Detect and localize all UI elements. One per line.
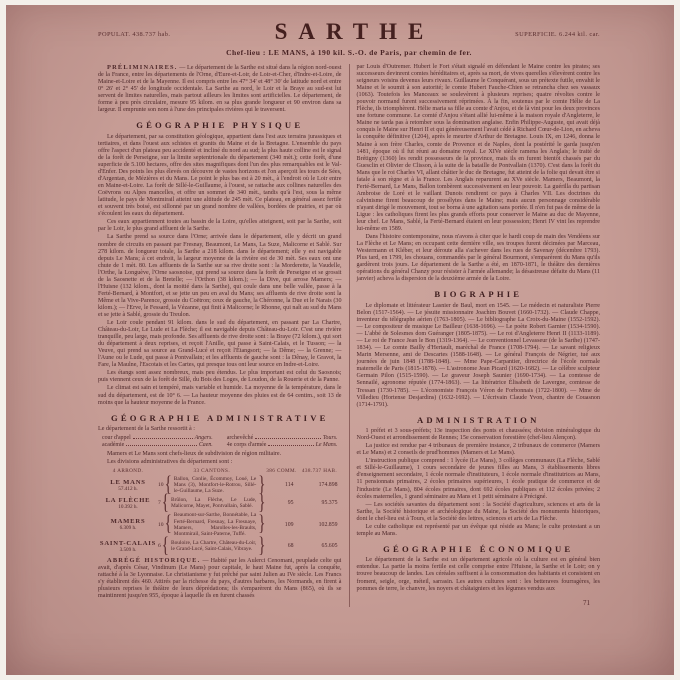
communes-count: 95 xyxy=(266,500,298,506)
dotted-leader xyxy=(255,438,321,439)
section-title-geographie-physique: GÉOGRAPHIE PHYSIQUE xyxy=(98,120,342,130)
communes-count: 114 xyxy=(266,482,298,488)
paragraph: Les étangs sont assez nombreux, mais peu… xyxy=(98,370,342,384)
arrondissement-name: LA FLÈCHE xyxy=(98,497,158,504)
canton-count: 6 xyxy=(158,543,161,549)
page-number: 71 xyxy=(357,599,601,607)
paragraph: Ces eaux appartiennent toutes au bassin … xyxy=(98,219,342,233)
ressortit-label: cour d'appel xyxy=(102,435,131,442)
divisions-table: 4 ARROND. 33 CANTONS. 386 COMM. 438.737 … xyxy=(98,468,342,553)
cantons-cell: 10{Ballon, Conlie, Écommoy, Loué, Le Man… xyxy=(158,476,266,495)
divisions-table-header: 4 ARROND. 33 CANTONS. 386 COMM. 438.737 … xyxy=(98,468,342,474)
cantons-cell: 6{Bouloire, La Chartre, Château-du-Loir,… xyxy=(158,539,266,554)
paragraph: Le département, par sa constitution géol… xyxy=(98,134,342,219)
ressortit-label: archevêché xyxy=(227,435,254,442)
header-communes: 386 COMM. xyxy=(266,468,298,474)
preliminaires-text: — Le département de la Sarthe est situé … xyxy=(98,65,342,113)
header-habitants: 438.737 HAB. xyxy=(298,468,342,474)
ressortit-label: académie xyxy=(102,442,124,449)
arrondissement-cell: LA FLÈCHE10.392 h. xyxy=(98,497,158,510)
paragraph: La Sarthe prend sa source dans l'Orne; a… xyxy=(98,234,342,319)
habitants-count: 95.375 xyxy=(298,500,342,506)
preliminaires-paragraph: PRÉLIMINAIRES. — Le département de la Sa… xyxy=(98,64,342,114)
admin-intro-2: Les divisions administratives du départe… xyxy=(98,459,342,466)
arrondissement-name: MAMERS xyxy=(98,518,158,525)
ressortit-value: Le Mans. xyxy=(316,442,338,449)
paragraph: L'instruction publique comprend : 1 lycé… xyxy=(357,458,601,500)
right-column: par Louis d'Outremer. Hubert le Fort s'é… xyxy=(349,64,601,607)
arrondissement-pop: 10.392 h. xyxy=(98,504,158,510)
population-stat: POPULAT. 438.737 hab. xyxy=(98,19,228,38)
table-row: MAMERS6.309 h. 10{Beaumont-sur-Sarthe, B… xyxy=(98,512,342,537)
canton-count: 10 xyxy=(158,522,164,528)
paragraph: Le département de la Sarthe est un dépar… xyxy=(357,557,601,592)
canton-count: 7 xyxy=(158,500,161,506)
ressortit-label: 4e corps d'armée xyxy=(227,442,267,449)
dotted-leader xyxy=(133,438,193,439)
abrege-historique-paragraph: ABRÉGÉ HISTORIQUE. — Habité par les Aule… xyxy=(98,557,342,600)
canton-list: Beaumont-sur-Sarthe, Bonnétable, La Fert… xyxy=(172,512,259,537)
canton-count: 10 xyxy=(158,482,164,488)
paragraph: Le climat est sain et tempéré, mais vari… xyxy=(98,385,342,406)
paragraph: Le culte catholique est représenté par u… xyxy=(357,524,601,538)
paragraph: par Louis d'Outremer. Hubert le Fort s'é… xyxy=(357,64,601,233)
arrondissement-name: LE MANS xyxy=(98,479,158,486)
arrondissement-pop: 57.412 h. xyxy=(98,486,158,492)
ressortit-value: Tours. xyxy=(323,435,338,442)
table-row: LA FLÈCHE10.392 h. 7{Brûlon, La Flèche, … xyxy=(98,496,342,511)
cantons-cell: 7{Brûlon, La Flèche, Le Lude, Malicorne,… xyxy=(158,496,266,511)
arrondissement-pop: 6.309 h. xyxy=(98,525,158,531)
canton-list: Bouloire, La Chartre, Château-du-Loir, l… xyxy=(169,540,258,552)
arrondissement-cell: LE MANS57.412 h. xyxy=(98,479,158,492)
paragraph: — Les sociétés savantes du département s… xyxy=(357,502,601,523)
paragraph: Dans l'histoire contemporaine, nous n'av… xyxy=(357,234,601,283)
ressortit-item: archevêchéTours. xyxy=(227,435,338,442)
habitants-count: 65.605 xyxy=(298,543,342,549)
abrege-historique-label: ABRÉGÉ HISTORIQUE. xyxy=(107,557,200,564)
dotted-leader xyxy=(126,445,197,446)
paragraph: Le Loir coule pendant 91 kilom. dans le … xyxy=(98,320,342,369)
paragraph: Le diplomate et littérateur Lasnier de B… xyxy=(357,303,601,409)
chef-lieu-line: Chef-lieu : LE MANS, à 190 kil. S.-O. de… xyxy=(98,48,600,57)
canton-list: Ballon, Conlie, Écommoy, Loué, Le Mans (… xyxy=(172,476,259,495)
habitants-count: 174.898 xyxy=(298,482,342,488)
open-brace: { xyxy=(162,535,169,558)
canton-list: Brûlon, La Flèche, Le Lude, Malicorne, M… xyxy=(169,497,258,509)
ressortit-value: Caen. xyxy=(199,442,213,449)
columns: PRÉLIMINAIRES. — Le département de la Sa… xyxy=(98,64,600,607)
ressortit-item: académieCaen. xyxy=(102,442,213,449)
abrege-historique-text: — Habité par les Aulerci Cenomani, peupl… xyxy=(98,558,342,599)
ressortit-list: cour d'appelAngers. archevêchéTours. aca… xyxy=(98,434,342,451)
cantons-cell: 10{Beaumont-sur-Sarthe, Bonnétable, La F… xyxy=(158,512,266,537)
arrondissement-cell: SAINT-CALAIS3.509 h. xyxy=(98,540,158,553)
page-title: SARTHE xyxy=(228,19,470,45)
section-title-geographie-economique: GÉOGRAPHIE ÉCONOMIQUE xyxy=(357,544,601,554)
section-title-geographie-administrative: GÉOGRAPHIE ADMINISTRATIVE xyxy=(98,413,342,423)
superficie-stat: SUPERFICIE. 6.244 kil. car. xyxy=(470,19,600,38)
section-title-administration: ADMINISTRATION xyxy=(357,415,601,425)
close-brace: } xyxy=(258,535,265,558)
habitants-count: 102.859 xyxy=(298,522,342,528)
ressortit-value: Angers. xyxy=(195,435,213,442)
header-cantons: 33 CANTONS. xyxy=(158,468,266,474)
header-arrondissements: 4 ARROND. xyxy=(98,468,158,474)
masthead: POPULAT. 438.737 hab. SARTHE SUPERFICIE.… xyxy=(98,19,600,45)
ressortit-item: 4e corps d'arméeLe Mans. xyxy=(227,442,338,449)
preliminaires-label: PRÉLIMINAIRES. xyxy=(107,64,178,71)
open-brace: { xyxy=(165,514,172,537)
arrondissement-cell: MAMERS6.309 h. xyxy=(98,518,158,531)
ressortit-item: cour d'appelAngers. xyxy=(102,435,213,442)
paragraph: 1 préfet et 3 sous-préfets; 13e inspecti… xyxy=(357,428,601,442)
document-page: POPULAT. 438.737 hab. SARTHE SUPERFICIE.… xyxy=(6,5,674,675)
left-column: PRÉLIMINAIRES. — Le département de la Sa… xyxy=(98,64,349,607)
close-brace: } xyxy=(258,514,265,537)
dotted-leader xyxy=(268,445,313,446)
table-row: LE MANS57.412 h. 10{Ballon, Conlie, Écom… xyxy=(98,476,342,495)
communes-count: 109 xyxy=(266,522,298,528)
paragraph: La justice est rendue par 4 tribunaux de… xyxy=(357,443,601,457)
communes-count: 68 xyxy=(266,543,298,549)
section-title-biographie: BIOGRAPHIE xyxy=(357,289,601,299)
table-row: SAINT-CALAIS3.509 h. 6{Bouloire, La Char… xyxy=(98,539,342,554)
ressortit-intro: Le département de la Sarthe ressortit à … xyxy=(98,426,342,433)
arrondissement-name: SAINT-CALAIS xyxy=(98,540,158,547)
page-content: POPULAT. 438.737 hab. SARTHE SUPERFICIE.… xyxy=(98,19,600,607)
arrondissement-pop: 3.509 h. xyxy=(98,547,158,553)
admin-intro-1: Mamers et Le Mans sont chefs-lieux de su… xyxy=(98,451,342,458)
